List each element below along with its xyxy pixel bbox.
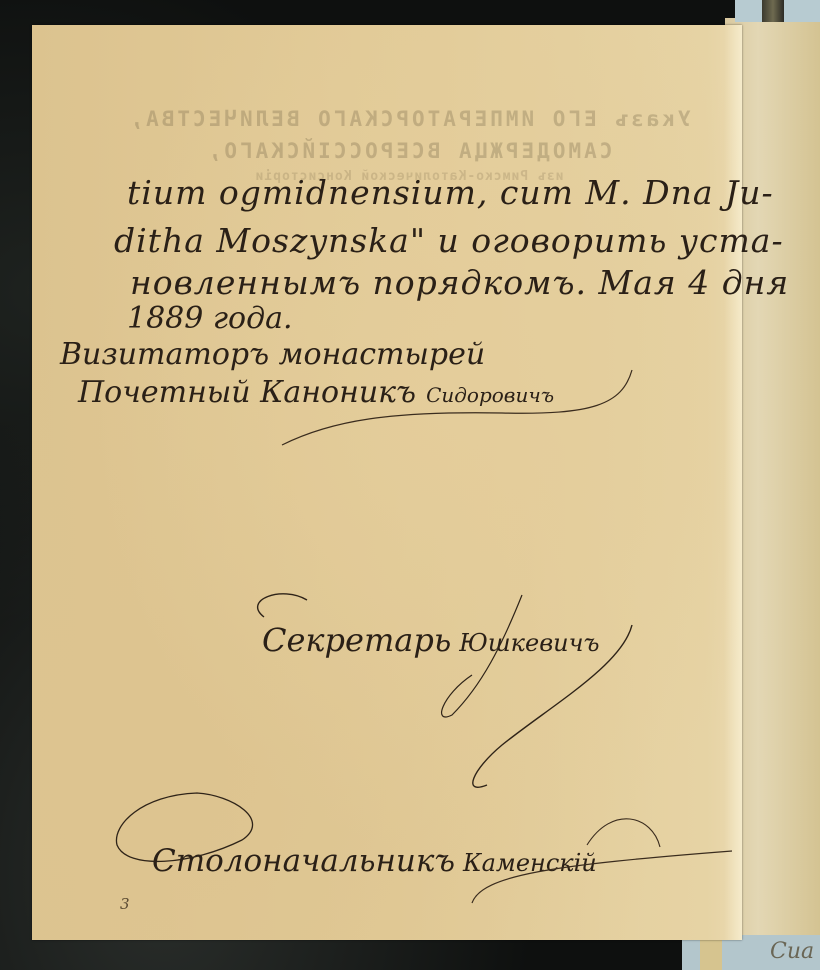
binding-strip-top xyxy=(762,0,784,22)
secretary-title: Секретарь xyxy=(262,621,451,659)
document-page: Указъ ЕГО ИМПЕРАТОРСКАГО ВЕЛИЧЕСТВА, САМ… xyxy=(32,25,742,940)
secretary-signature: Юшкевичъ xyxy=(459,629,599,657)
page-fold-shading xyxy=(724,25,742,940)
paper-tab-bottom xyxy=(700,935,722,970)
letterhead-line-2: САМОДЕРЖЦА ВСЕРОССІЙСКАГО, xyxy=(104,135,714,167)
letterhead-line-1: Указъ ЕГО ИМПЕРАТОРСКАГО ВЕЛИЧЕСТВА, xyxy=(104,103,714,135)
visitator-title-line-1: Визитаторъ монастырей xyxy=(60,337,485,372)
desk-head-signature-block: СтолоначальникъКаменскій xyxy=(152,843,597,879)
under-sheet-text: Сиа xyxy=(770,939,814,964)
secretary-signature-block: СекретарьЮшкевичъ xyxy=(262,621,600,659)
body-line-3: новленнымъ порядкомъ. Мая 4 дня xyxy=(130,263,789,302)
visitator-signature-block: Почетный КаноникъСидоровичъ xyxy=(78,375,554,410)
visitator-signature: Сидоровичъ xyxy=(426,383,554,407)
visitator-title-line-2: Почетный Каноникъ xyxy=(78,375,416,410)
desk-head-signature: Каменскій xyxy=(463,849,597,877)
body-line-4-date: 1889 года. xyxy=(127,301,293,336)
body-line-2: ditha Moszynska" и оговорить уста- xyxy=(114,221,784,260)
marginal-mark: 3 xyxy=(120,895,130,913)
body-line-1: tium ogmidnensium, cum M. Dna Ju- xyxy=(127,173,774,212)
desk-head-title: Столоначальникъ xyxy=(152,843,455,879)
